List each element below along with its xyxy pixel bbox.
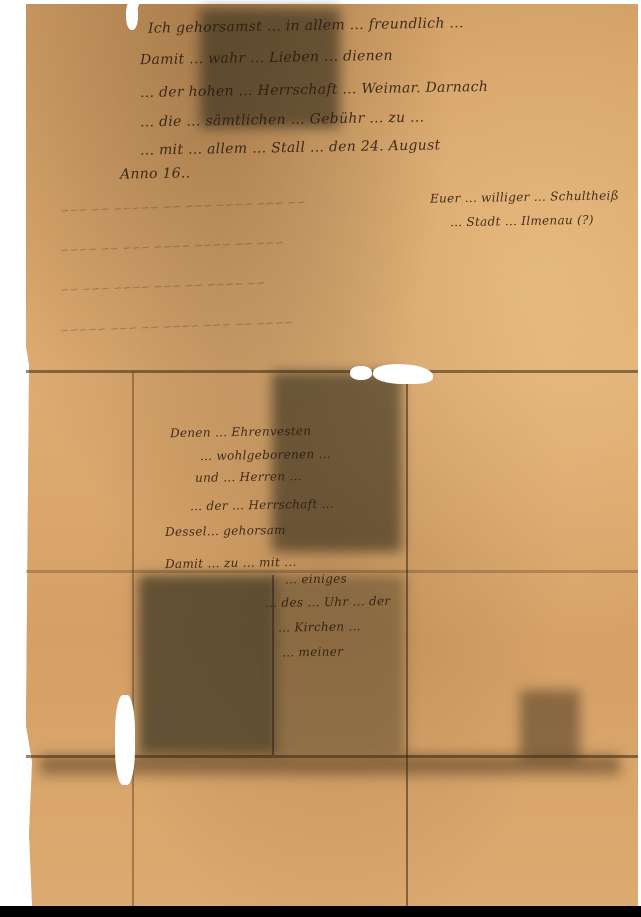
text-line: Anno 16..	[120, 165, 191, 182]
water-stain-lower-left	[138, 575, 278, 755]
paper-tear-top	[126, 0, 138, 30]
paper-hole-left	[115, 695, 135, 785]
paper-hole-fold	[350, 366, 372, 380]
edge-stain-right	[520, 690, 580, 760]
fold-line-1	[26, 370, 638, 373]
address-line: ... des ... Uhr ... der	[265, 594, 391, 610]
address-line: ... wohlgeborenen ...	[200, 447, 331, 463]
water-stain-center-top	[272, 372, 402, 552]
address-line: ... einiges	[285, 571, 347, 586]
fold-line-v2	[406, 372, 408, 906]
address-line: ... Kirchen ...	[278, 619, 361, 634]
address-line: ... der ... Herrschaft ...	[190, 497, 334, 514]
signature-line: ... Stadt ... Ilmenau (?)	[450, 213, 594, 230]
address-line: Denen ... Ehrenvesten	[170, 424, 312, 440]
address-line: und ... Herren ...	[195, 469, 302, 485]
address-line: Damit ... zu ... mit ...	[165, 555, 297, 571]
bottom-bar	[0, 906, 641, 917]
address-line: ... meiner	[282, 644, 343, 659]
fold-line-v1	[132, 372, 134, 906]
address-line: Dessel... gehorsam	[165, 523, 286, 539]
